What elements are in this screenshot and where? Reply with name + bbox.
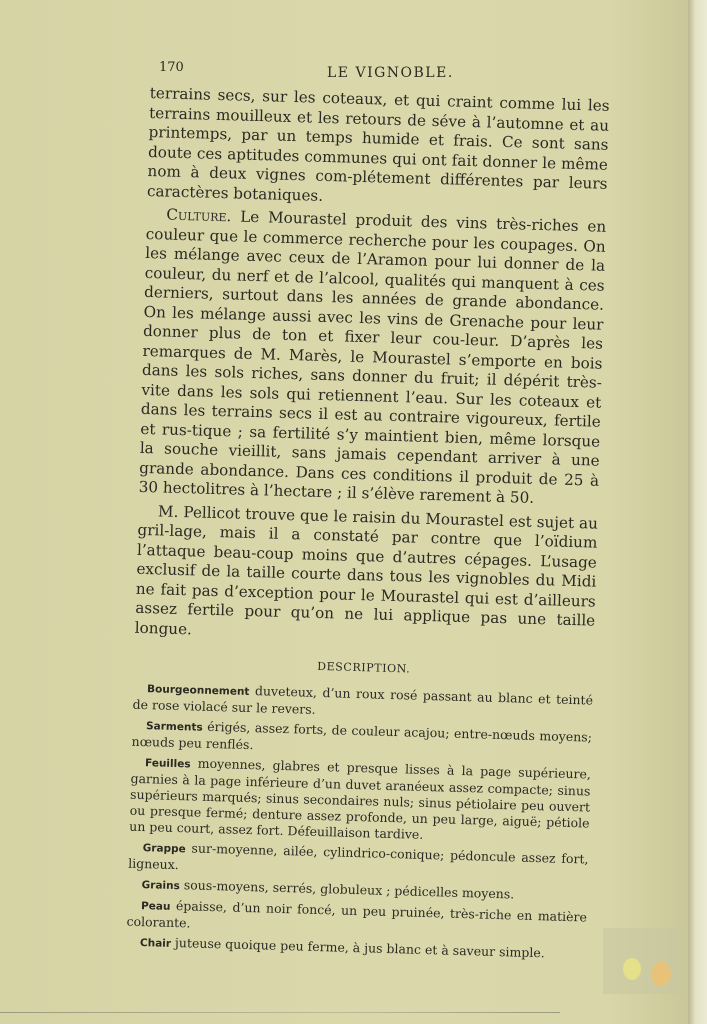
section-lead: Culture.	[166, 206, 232, 226]
description-term: Feuilles	[145, 757, 191, 770]
page-number: 170	[159, 60, 184, 75]
bottom-rule	[0, 1012, 560, 1013]
description-entry: Feuilles moyennes, glabres et presque li…	[129, 753, 591, 847]
description-term: Sarments	[146, 720, 203, 734]
paragraph-pellicot: M. Pellicot trouve que le raisin du Mour…	[135, 501, 599, 650]
page-header: 170 LE VIGNOBLE.	[155, 56, 615, 86]
body-text: terrains secs, sur les coteaux, et qui c…	[126, 84, 610, 967]
description-term: Peau	[141, 900, 171, 913]
description-term: Chair	[140, 937, 171, 950]
description-term: Grappe	[143, 842, 186, 855]
scan-artifact	[603, 928, 683, 994]
paragraph-culture: Culture. Le Mourastel produit des vins t…	[138, 205, 606, 510]
description-term: Bourgeonnement	[147, 683, 250, 698]
description-term: Grains	[141, 879, 180, 892]
paragraph-continuation: terrains secs, sur les coteaux, et qui c…	[147, 84, 610, 214]
page-edge	[688, 0, 707, 1024]
description-heading: DESCRIPTION.	[134, 652, 594, 684]
running-title: LE VIGNOBLE.	[327, 65, 454, 81]
